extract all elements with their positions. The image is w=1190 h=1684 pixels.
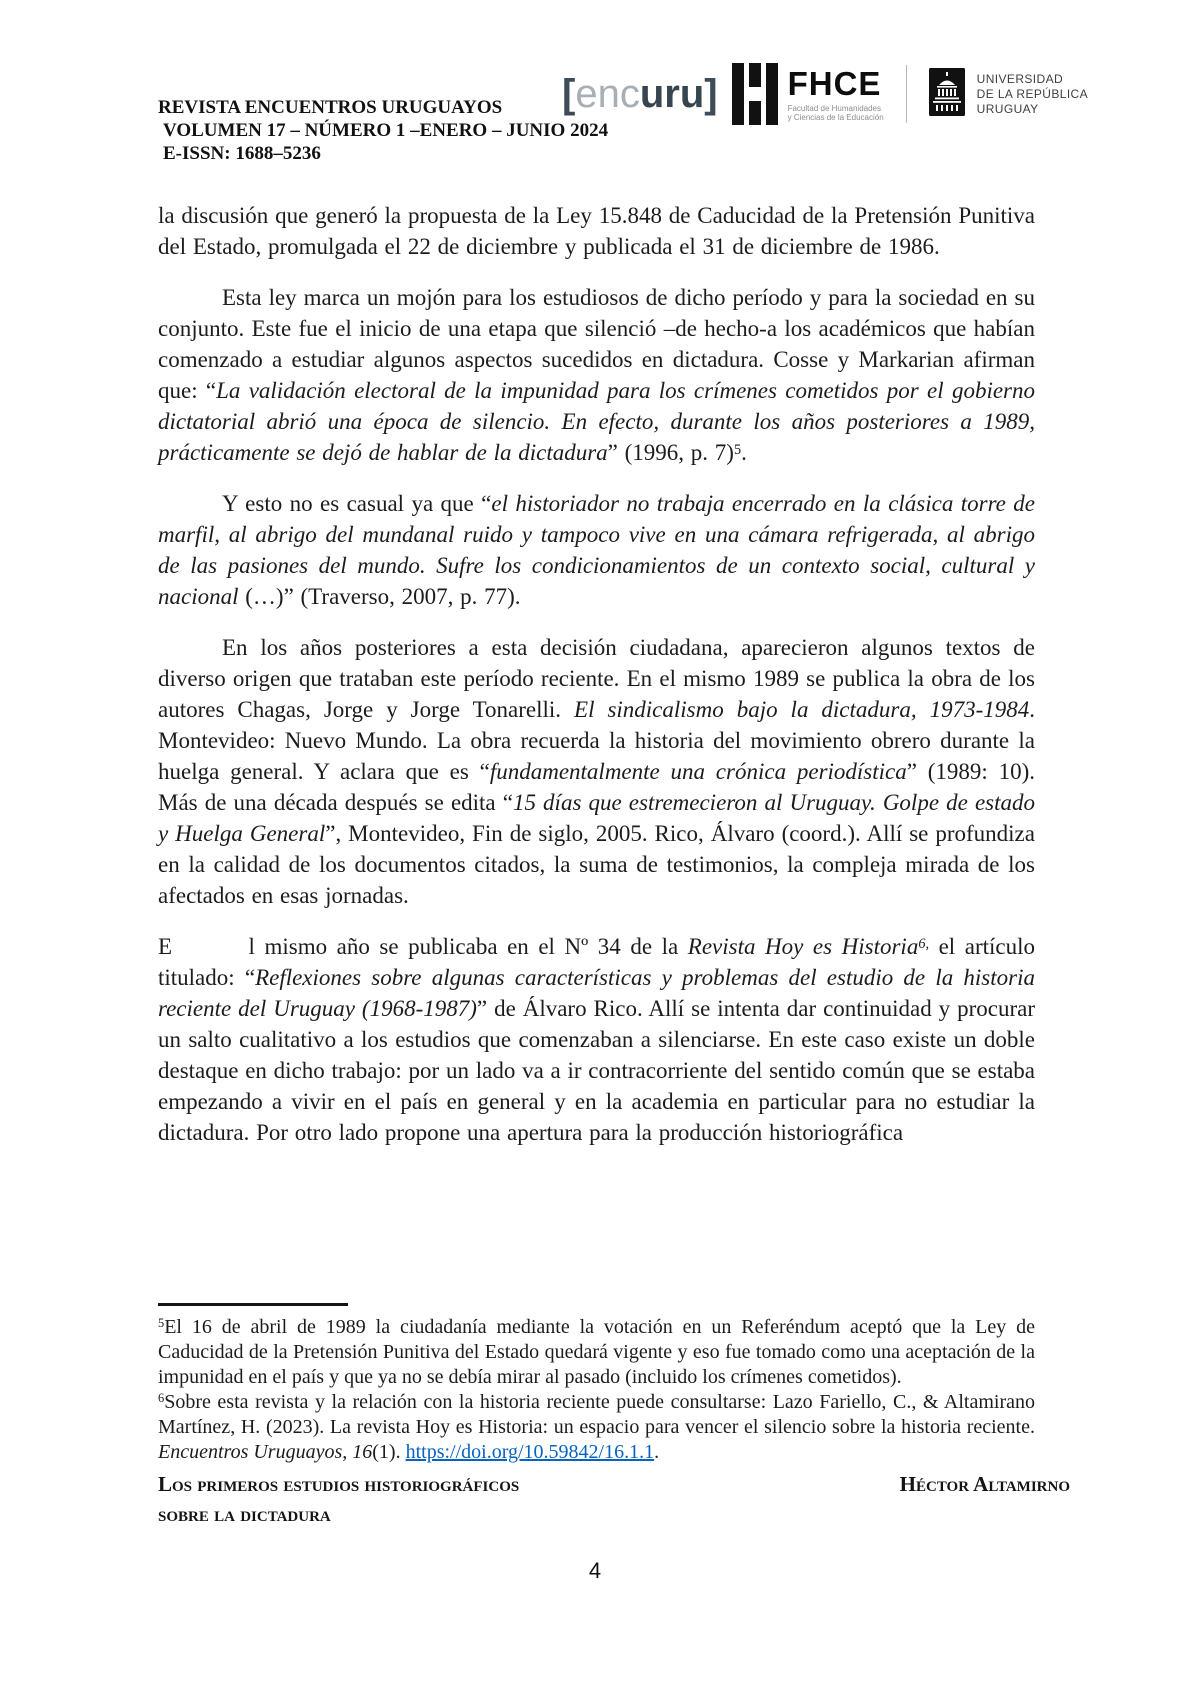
journal-title: REVISTA ENCUENTROS URUGUAYOS — [158, 96, 608, 119]
encuru-logo: [encuru] — [562, 74, 718, 114]
paragraph-5: E l mismo año se publicaba en el Nº 34 d… — [158, 931, 1035, 1148]
footer-author: Héctor Altamirno — [900, 1469, 1070, 1499]
paragraph-4: En los años posteriores a esta decisión … — [158, 632, 1035, 911]
paragraph-1: la discusión que generó la propuesta de … — [158, 200, 1035, 262]
fhce-logo: FHCE Facultad de Humanidades y Ciencias … — [732, 63, 884, 125]
doi-link[interactable]: https://doi.org/10.59842/16.1.1 — [406, 1441, 655, 1463]
paragraph-3: Y esto no es casual ya que “el historiad… — [158, 488, 1035, 612]
journal-volume: VOLUMEN 17 – NÚMERO 1 –ENERO – JUNIO 202… — [158, 119, 608, 142]
encuru-prefix: enc — [575, 74, 640, 114]
udelar-logo: UNIVERSIDAD DE LA REPÚBLICA URUGUAY — [929, 68, 1088, 121]
udelar-name: UNIVERSIDAD DE LA REPÚBLICA URUGUAY — [977, 72, 1088, 117]
udelar-emblem-icon — [929, 68, 965, 121]
masthead-text: REVISTA ENCUENTROS URUGUAYOS VOLUMEN 17 … — [158, 96, 608, 165]
encuru-accent: uru — [640, 74, 704, 114]
journal-page: REVISTA ENCUENTROS URUGUAYOS VOLUMEN 17 … — [0, 0, 1190, 1684]
fhce-bars-icon — [732, 63, 778, 125]
page-bottom: 5El 16 de abril de 1989 la ciudadanía me… — [158, 1303, 1070, 1529]
encuru-bracket-close: ] — [704, 74, 717, 114]
footnote-separator — [158, 1303, 348, 1306]
paragraph-2: Esta ley marca un mojón para los estudio… — [158, 282, 1035, 468]
logo-row: [encuru] FHCE Facultad de Humanidades y … — [562, 56, 1088, 132]
footer-running-title: Los primeros estudios historiográficos s… — [158, 1469, 519, 1529]
page-number: 4 — [0, 1558, 1190, 1584]
fhce-subtitle: Facultad de Humanidades y Ciencias de la… — [788, 104, 884, 122]
footnote-5: 5El 16 de abril de 1989 la ciudadanía me… — [158, 1315, 1035, 1390]
running-footer: Los primeros estudios historiográficos s… — [158, 1469, 1070, 1529]
fhce-acronym: FHCE — [788, 67, 884, 100]
journal-issn: E-ISSN: 1688–5236 — [158, 142, 608, 165]
footnote-6: 6Sobre esta revista y la relación con la… — [158, 1390, 1035, 1465]
logo-divider — [906, 65, 907, 123]
article-body: la discusión que generó la propuesta de … — [158, 200, 1035, 1168]
encuru-bracket-open: [ — [562, 74, 575, 114]
